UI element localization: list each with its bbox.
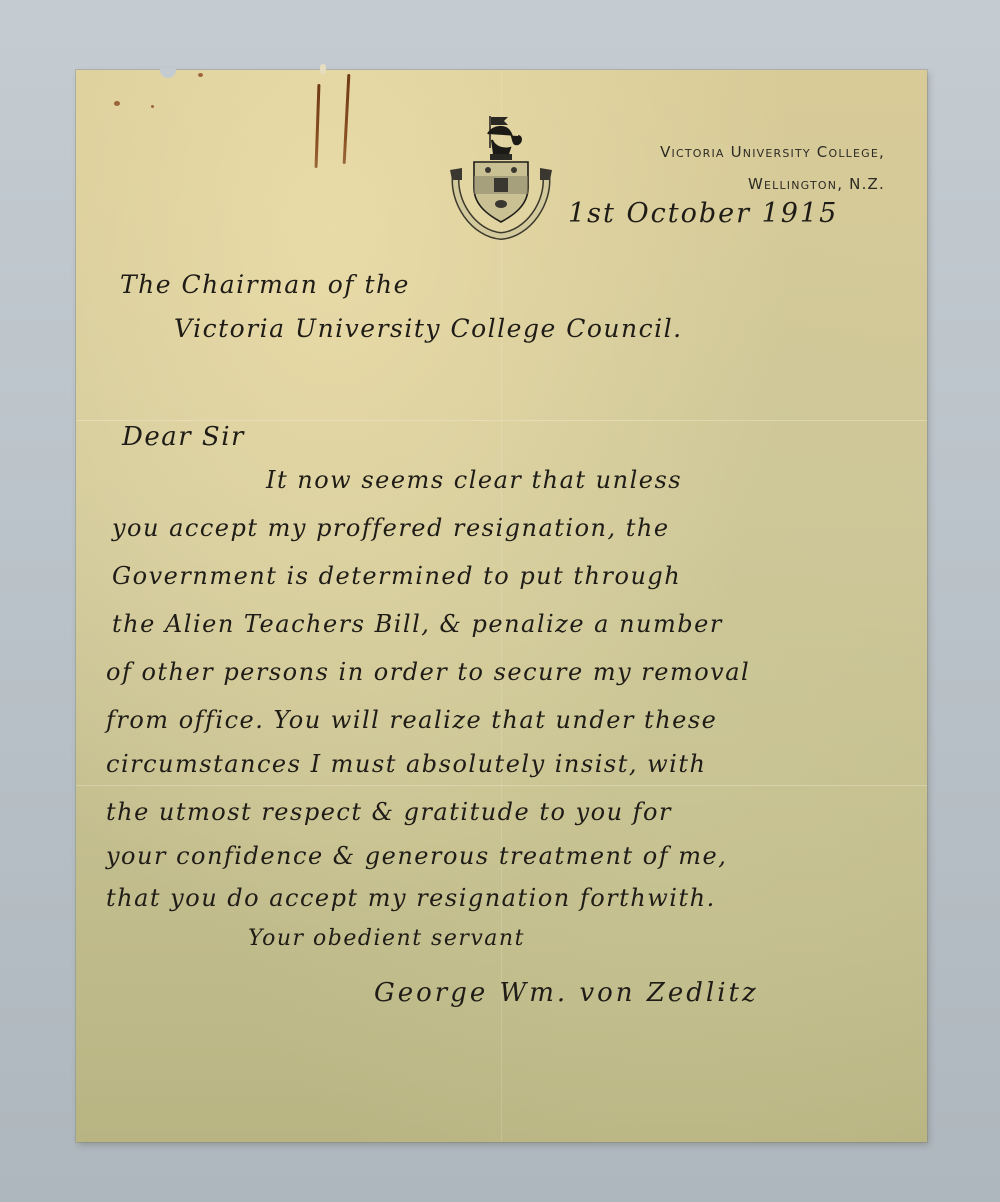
body-line: Government is determined to put through <box>112 562 681 590</box>
body-line: you accept my proffered resignation, the <box>112 514 670 542</box>
body-line: circumstances I must absolutely insist, … <box>106 750 706 778</box>
letterhead: Victoria University College, Wellington,… <box>660 136 885 200</box>
body-line: from office. You will realize that under… <box>106 706 717 734</box>
closing: Your obedient servant <box>248 926 525 951</box>
letter-date: 1st October 1915 <box>568 198 838 229</box>
stain-spot <box>198 73 203 77</box>
letterhead-institution: Victoria University College, <box>660 136 885 168</box>
letterhead-location: Wellington, N.Z. <box>660 168 885 200</box>
stain-spot <box>151 105 154 108</box>
body-line: that you do accept my resignation forthw… <box>106 884 716 912</box>
rust-staple-mark <box>315 84 321 168</box>
rust-staple-mark <box>343 74 351 164</box>
signature: George Wm. von Zedlitz <box>374 978 759 1008</box>
university-crest-icon <box>446 110 556 240</box>
body-line: your confidence & generous treatment of … <box>106 842 727 870</box>
recipient-line-1: The Chairman of the <box>120 270 410 299</box>
recipient-line-2: Victoria University College Council. <box>174 314 683 343</box>
salutation: Dear Sir <box>122 422 245 452</box>
paper-tear <box>320 64 326 74</box>
letter-paper: Victoria University College, Wellington,… <box>76 70 927 1142</box>
body-line: It now seems clear that unless <box>266 466 682 494</box>
body-line: of other persons in order to secure my r… <box>106 658 750 686</box>
paper-notch <box>160 68 176 78</box>
body-line: the utmost respect & gratitude to you fo… <box>106 798 672 826</box>
body-line: the Alien Teachers Bill, & penalize a nu… <box>112 610 723 638</box>
stain-spot <box>114 101 120 106</box>
